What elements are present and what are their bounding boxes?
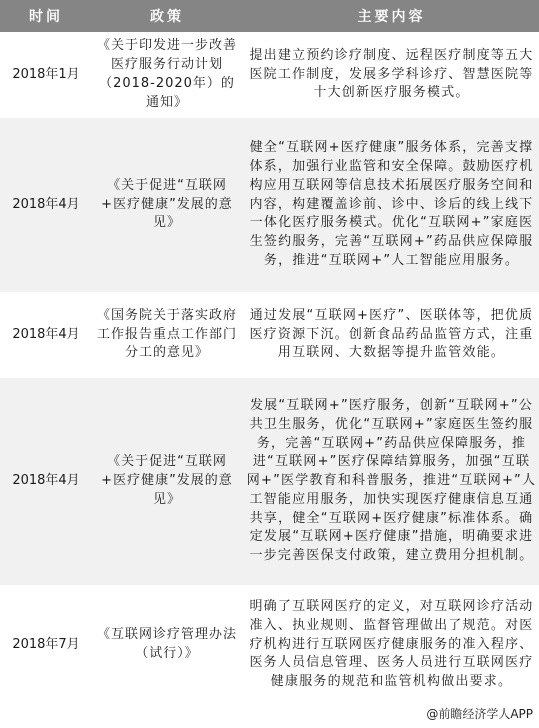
source-credit: @前瞻经济学人APP: [426, 705, 533, 722]
table-row: 2018年4月 《国务院关于落实政府工作报告重点工作部门分工的意见》 通过发展“…: [0, 292, 539, 378]
row-policy: 《关于促进“互联网+医疗健康”发展的意见》: [92, 177, 242, 233]
header-content: 主要内容: [242, 6, 539, 26]
row-content: 明确了互联网医疗的定义，对互联网诊疗活动准入、执业规则、监督管理做出了规范。对医…: [242, 598, 539, 692]
row-content: 健全“互联网+医疗健康”服务体系，完善支撑体系，加强行业监管和安全保障。鼓励医疗…: [242, 139, 539, 271]
row-policy: 《互联网诊疗管理办法（试行）》: [92, 626, 242, 664]
table-row: 2018年1月 《关于印发进一步改善医疗服务行动计划（2018-2020年）的通…: [0, 32, 539, 118]
header-policy: 政策: [92, 6, 242, 26]
row-policy: 《关于促进“互联网+医疗健康”发展的意见》: [92, 453, 242, 509]
row-content: 发展“互联网+”医疗服务，创新“互联网+”公共卫生服务，优化“互联网+”家庭医生…: [242, 397, 539, 566]
row-date: 2018年4月: [0, 326, 92, 345]
row-policy: 《国务院关于落实政府工作报告重点工作部门分工的意见》: [92, 307, 242, 363]
row-date: 2018年4月: [0, 196, 92, 215]
table-row: 2018年4月 《关于促进“互联网+医疗健康”发展的意见》 发展“互联网+”医疗…: [0, 378, 539, 585]
row-content: 提出建立预约诊疗制度、远程医疗制度等五大医院工作制度，发展多学科诊疗、智慧医院等…: [242, 47, 539, 103]
table-header: 时间 政策 主要内容: [0, 0, 539, 32]
header-time: 时间: [0, 6, 92, 26]
table-row: 2018年7月 《互联网诊疗管理办法（试行）》 明确了互联网医疗的定义，对互联网…: [0, 585, 539, 705]
table-row: 2018年4月 《关于促进“互联网+医疗健康”发展的意见》 健全“互联网+医疗健…: [0, 118, 539, 292]
row-date: 2018年7月: [0, 636, 92, 655]
row-date: 2018年4月: [0, 472, 92, 491]
row-policy: 《关于印发进一步改善医疗服务行动计划（2018-2020年）的通知》: [92, 37, 242, 112]
row-date: 2018年1月: [0, 66, 92, 85]
policy-table: 时间 政策 主要内容 2018年1月 《关于印发进一步改善医疗服务行动计划（20…: [0, 0, 539, 705]
row-content: 通过发展“互联网+医疗”、医联体等，把优质医疗资源下沉。创新食品药品监管方式，注…: [242, 307, 539, 363]
